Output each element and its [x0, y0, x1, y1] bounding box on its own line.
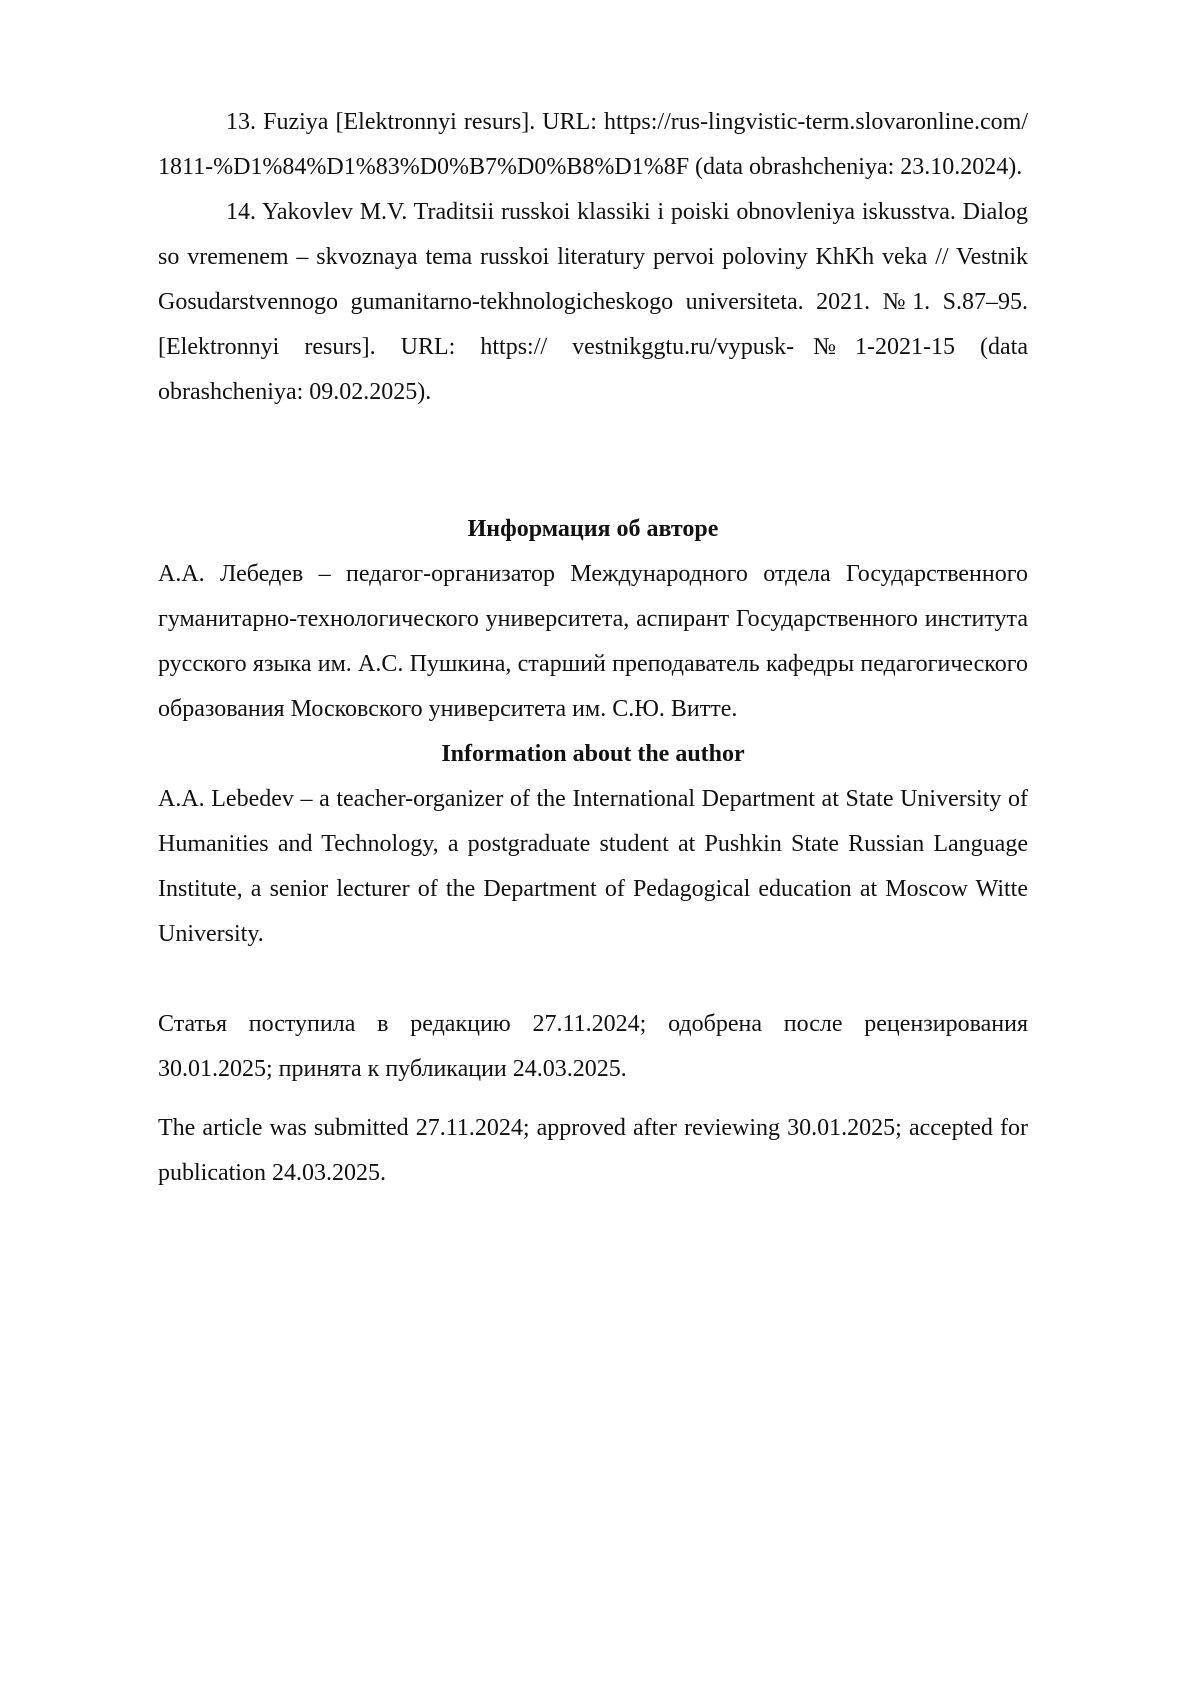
reference-item: 13. Fuziya [Elektronnyi resurs]. URL: ht… — [158, 100, 1028, 190]
author-info-en-heading: Information about the author — [158, 732, 1028, 777]
author-info-ru: Информация об авторе А.А. Лебедев – педа… — [158, 507, 1028, 732]
author-info-en-text: A.A. Lebedev – a teacher-organizer of th… — [158, 777, 1028, 957]
reference-number: 13. — [226, 109, 256, 135]
reference-item: 14. Yakovlev M.V. Traditsii russkoi klas… — [158, 190, 1028, 415]
spacer — [158, 1092, 1028, 1106]
reference-text: Yakovlev M.V. Traditsii russkoi klassiki… — [158, 199, 1028, 405]
reference-text: Fuziya [Elektronnyi resurs]. URL: https:… — [158, 109, 1028, 180]
spacer — [158, 957, 1028, 1002]
reference-list: 13. Fuziya [Elektronnyi resurs]. URL: ht… — [158, 100, 1028, 415]
reference-number: 14. — [226, 199, 256, 225]
article-dates-ru: Статья поступила в редакцию 27.11.2024; … — [158, 1002, 1028, 1092]
article-dates-en: The article was submitted 27.11.2024; ap… — [158, 1106, 1028, 1196]
author-info-ru-heading: Информация об авторе — [158, 507, 1028, 552]
spacer — [158, 415, 1028, 507]
author-info-en: Information about the author A.A. Lebede… — [158, 732, 1028, 957]
author-info-ru-text: А.А. Лебедев – педагог-организатор Между… — [158, 552, 1028, 732]
article-dates: Статья поступила в редакцию 27.11.2024; … — [158, 1002, 1028, 1196]
document-page: 13. Fuziya [Elektronnyi resurs]. URL: ht… — [158, 100, 1028, 1196]
